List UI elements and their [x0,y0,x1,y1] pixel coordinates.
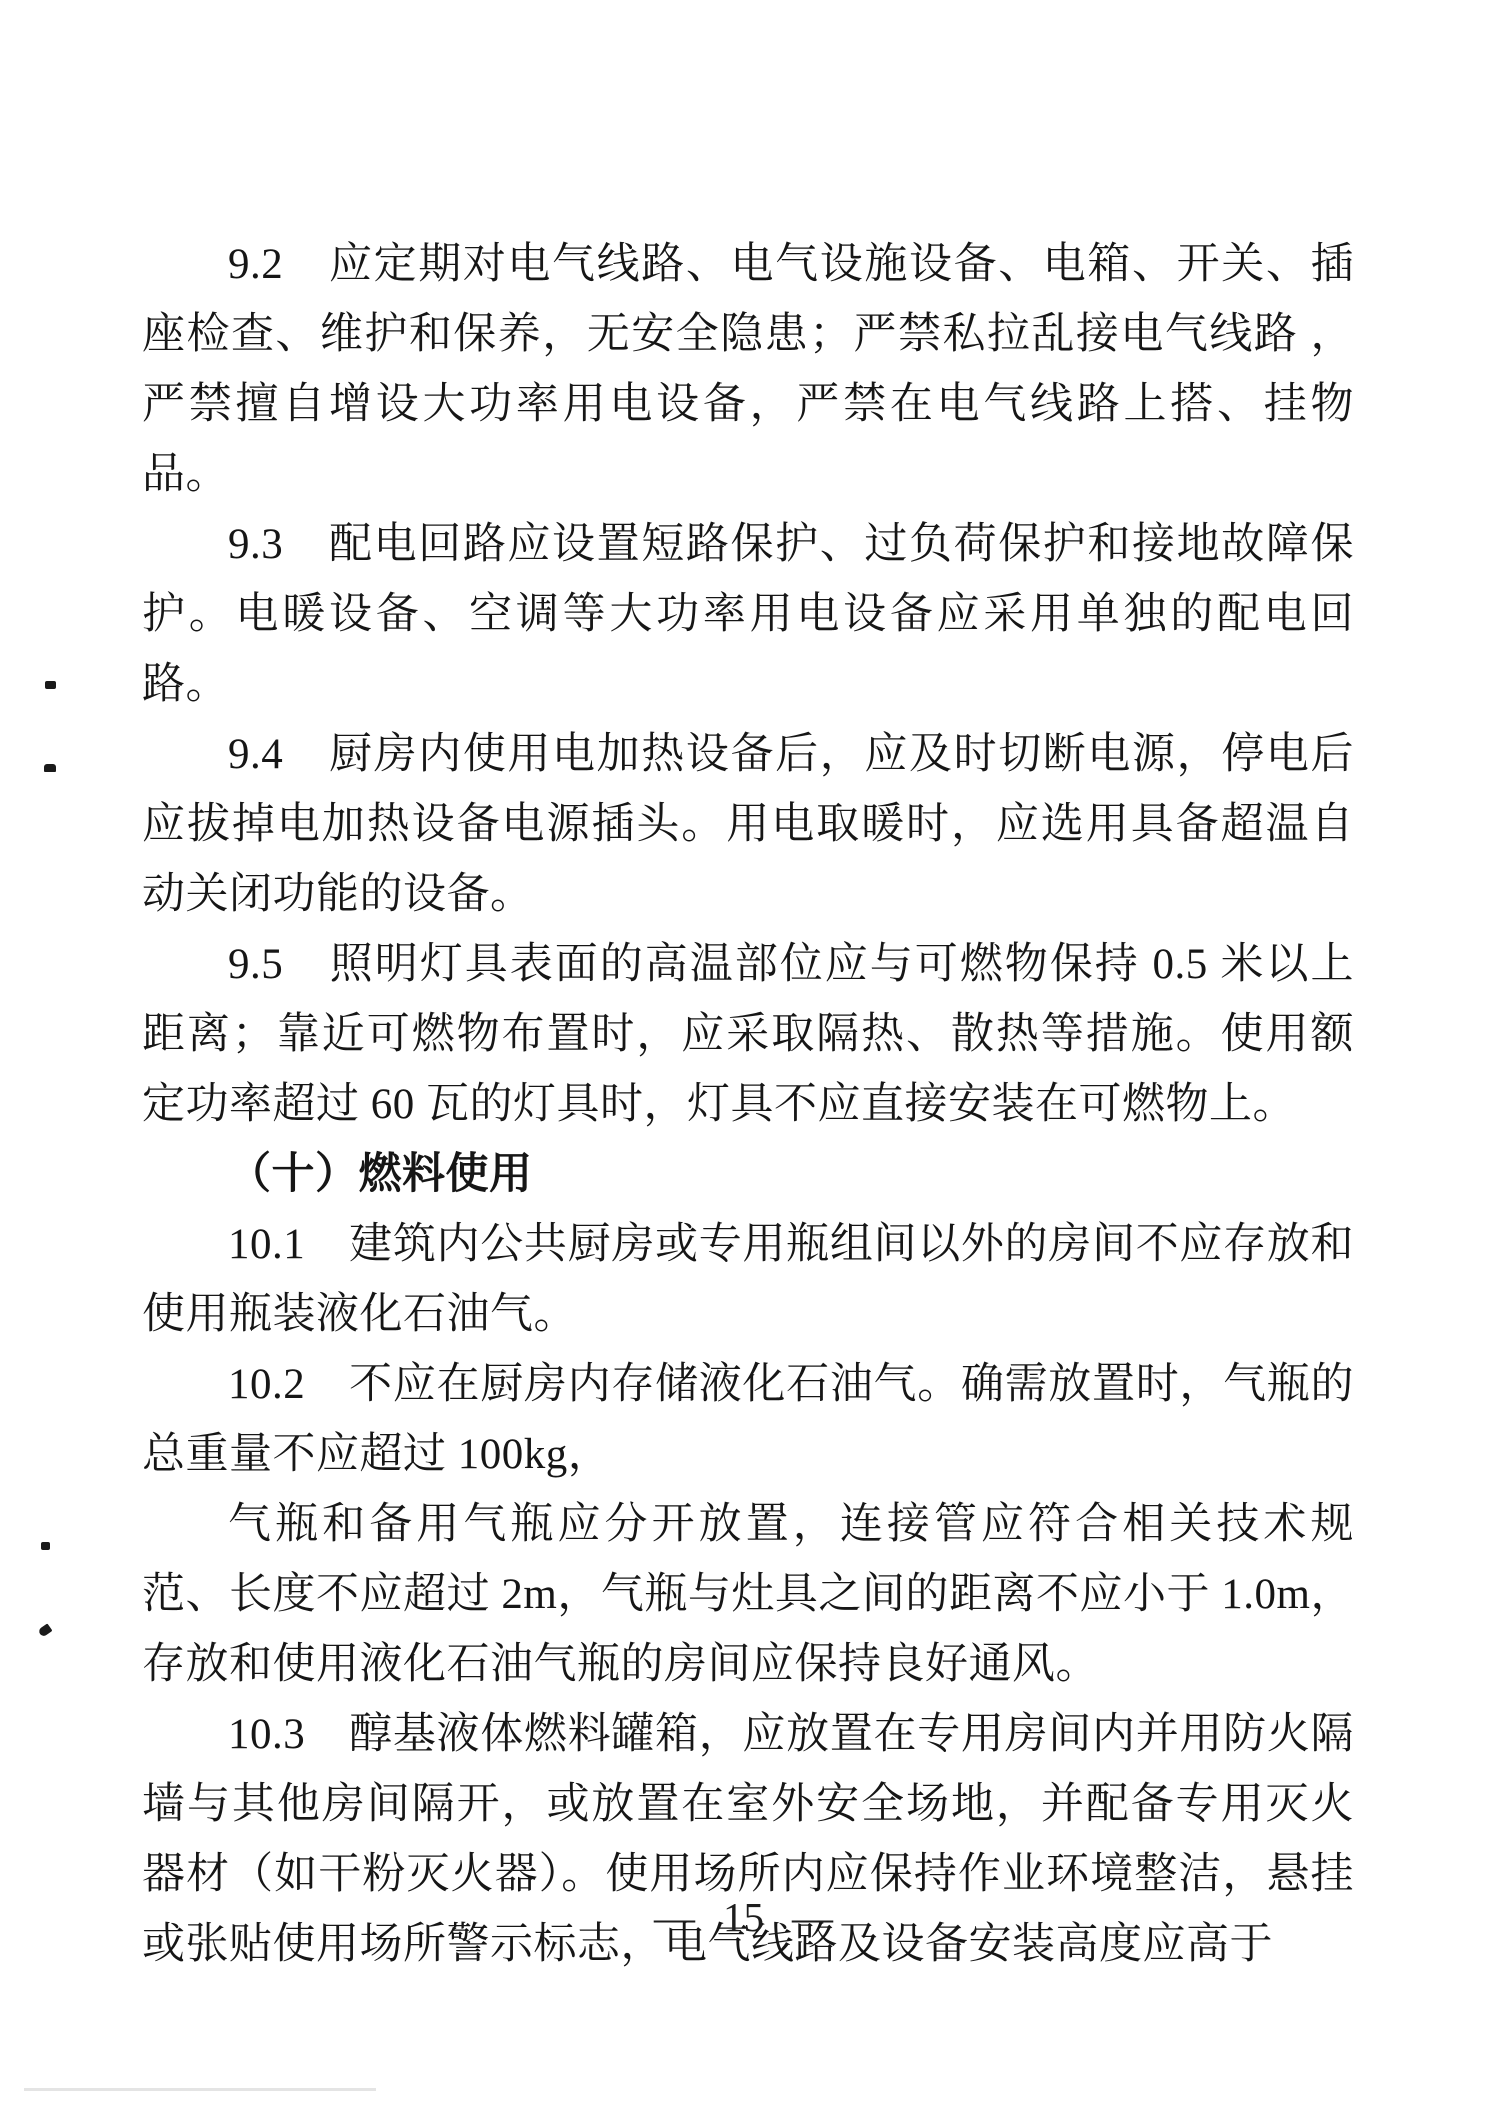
paragraph-10-1: 10.1 建筑内公共厨房或专用瓶组间以外的房间不应存放和使用瓶装液化石油气。 [142,1210,1354,1350]
scan-artifact-line [24,2088,376,2091]
section-heading-fuel-use: （十）燃料使用 [142,1140,1354,1210]
paragraph-10-2-continued: 气瓶和备用气瓶应分开放置，连接管应符合相关技术规范、长度不应超过 2m，气瓶与灶… [142,1490,1354,1700]
paragraph-9-3: 9.3 配电回路应设置短路保护、过负荷保护和接地故障保护。电暖设备、空调等大功率… [142,510,1354,720]
document-body: 9.2 应定期对电气线路、电气设施设备、电箱、开关、插座检查、维护和保养，无安全… [142,230,1354,1980]
page-number-dash-left: — [654,1893,695,1941]
scan-artifact-speck [41,1542,50,1550]
scan-artifact-speck [44,764,56,772]
paragraph-9-4: 9.4 厨房内使用电加热设备后，应及时切断电源，停电后应拔掉电加热设备电源插头。… [142,720,1354,930]
page-number-dash-right: — [792,1893,833,1941]
scan-artifact-speck [45,681,56,689]
scan-artifact-speck [38,1623,53,1637]
paragraph-10-2: 10.2 不应在厨房内存储液化石油气。确需放置时，气瓶的总重量不应超过 100k… [142,1350,1354,1490]
scanned-document-page: 9.2 应定期对电气线路、电气设施设备、电箱、开关、插座检查、维护和保养，无安全… [0,0,1487,2105]
page-number-value: 15 [723,1893,764,1941]
paragraph-9-5: 9.5 照明灯具表面的高温部位应与可燃物保持 0.5 米以上距离；靠近可燃物布置… [142,930,1354,1140]
paragraph-9-2: 9.2 应定期对电气线路、电气设施设备、电箱、开关、插座检查、维护和保养，无安全… [142,230,1354,510]
page-number: — 15 — [0,1893,1487,1941]
